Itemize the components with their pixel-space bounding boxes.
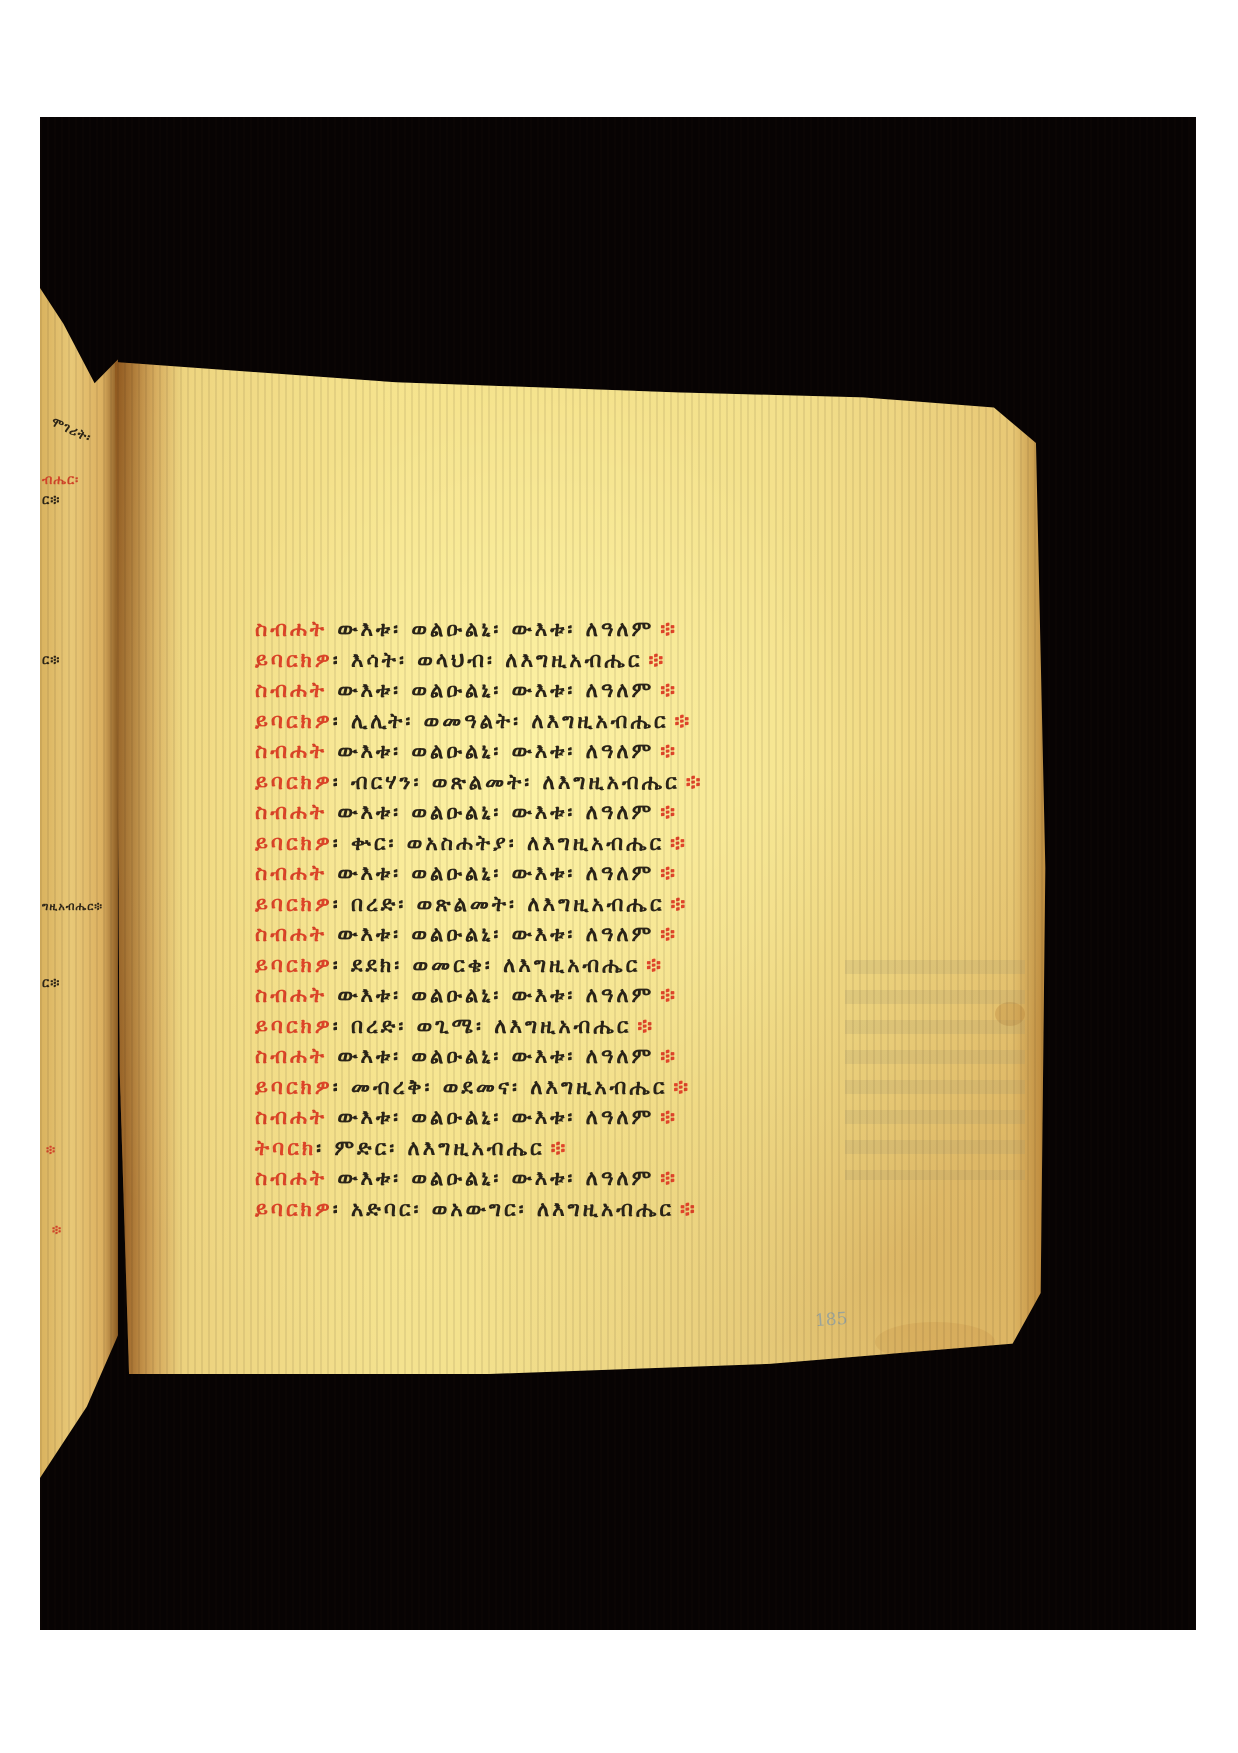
rubric: ይባርክዎ — [255, 1014, 333, 1038]
section-mark: ፨ — [670, 892, 688, 916]
section-mark: ፨ — [660, 922, 678, 946]
section-mark: ፨ — [648, 648, 666, 672]
text-line: ይባርክዎ፡ እሳት፡ ወላህብ፡ ለእግዚአብሔር፨ — [255, 645, 855, 676]
rubric: ይባርክዎ — [255, 1075, 333, 1099]
rubric: ስብሐት — [255, 1044, 327, 1068]
section-mark: ፨ — [686, 770, 704, 794]
text-line: ይባርክዎ፡ ሊሊት፡ ወመዓልት፡ ለእግዚአብሔር፨ — [255, 706, 855, 737]
show-through-text — [845, 960, 1025, 1180]
section-mark: ፨ — [673, 1075, 691, 1099]
left-page-fragment: ብሔር፡ — [42, 473, 79, 488]
section-mark: ፨ — [660, 1105, 678, 1129]
text-line: ስብሐት ውእቱ፡ ወልዑልኒ፡ ውእቱ፡ ለዓለም፨ — [255, 675, 855, 706]
text-line: ስብሐት ውእቱ፡ ወልዑልኒ፡ ውእቱ፡ ለዓለም፨ — [255, 614, 855, 645]
section-mark: ፨ — [660, 617, 678, 641]
folio-number: 185 — [814, 1309, 848, 1331]
section-mark: ፨ — [670, 831, 688, 855]
section-mark: ፨ — [660, 739, 678, 763]
section-mark: ፨ — [637, 1014, 655, 1038]
text-line: ስብሐት ውእቱ፡ ወልዑልኒ፡ ውእቱ፡ ለዓለም፨ — [255, 1041, 855, 1072]
rubric: ስብሐት — [255, 922, 327, 946]
left-page-fragment: ፨ — [46, 1143, 56, 1158]
section-mark: ፨ — [675, 709, 693, 733]
right-folio: ስብሐት ውእቱ፡ ወልዑልኒ፡ ውእቱ፡ ለዓለም፨ ይባርክዎ፡ እሳት፡ … — [115, 362, 1050, 1374]
section-mark: ፨ — [680, 1197, 698, 1221]
left-page-fragment: ር፨ — [42, 653, 60, 668]
rubric: ስብሐት — [255, 1166, 327, 1190]
section-mark: ፨ — [660, 1166, 678, 1190]
rubric: ይባርክዎ — [255, 770, 333, 794]
section-mark: ፨ — [660, 800, 678, 824]
left-page-fragment: ግዚአብሔር፨ — [42, 900, 103, 914]
rubric: ይባርክዎ — [255, 648, 333, 672]
text-line: ስብሐት ውእቱ፡ ወልዑልኒ፡ ውእቱ፡ ለዓለም፨ — [255, 797, 855, 828]
text-line: ስብሐት ውእቱ፡ ወልዑልኒ፡ ውእቱ፡ ለዓለም፨ — [255, 1163, 855, 1194]
rubric: ይባርክዎ — [255, 1197, 333, 1221]
text-line: ስብሐት ውእቱ፡ ወልዑልኒ፡ ውእቱ፡ ለዓለም፨ — [255, 1102, 855, 1133]
text-line: ይባርክዎ፡ ብርሃን፡ ወጽልመት፡ ለእግዚአብሔር፨ — [255, 767, 855, 798]
text-line: ትባርክ፡ ምድር፡ ለእግዚአብሔር፨ — [255, 1133, 855, 1164]
left-page-fragment: ር፨ — [42, 493, 60, 508]
rubric: ይባርክዎ — [255, 953, 333, 977]
section-mark: ፨ — [660, 1044, 678, 1068]
stain — [875, 1322, 995, 1362]
rubric: ይባርክዎ — [255, 709, 333, 733]
rubric: ስብሐት — [255, 739, 327, 763]
rubric: ስብሐት — [255, 617, 327, 641]
text-line: ይባርክዎ፡ በረድ፡ ወጊሜ፡ ለእግዚአብሔር፨ — [255, 1011, 855, 1042]
text-line: ስብሐት ውእቱ፡ ወልዑልኒ፡ ውእቱ፡ ለዓለም፨ — [255, 736, 855, 767]
rubric: ይባርክዎ — [255, 892, 333, 916]
text-line: ስብሐት ውእቱ፡ ወልዑልኒ፡ ውእቱ፡ ለዓለም፨ — [255, 919, 855, 950]
text-line: ስብሐት ውእቱ፡ ወልዑልኒ፡ ውእቱ፡ ለዓለም፨ — [255, 858, 855, 889]
section-mark: ፨ — [646, 953, 664, 977]
left-page-fragment: ፨ — [52, 1223, 62, 1238]
rubric: ትባርክ — [255, 1136, 316, 1160]
rubric: ስብሐት — [255, 861, 327, 885]
left-page-fragment: ር፨ — [42, 976, 60, 991]
section-mark: ፨ — [660, 983, 678, 1007]
section-mark: ፨ — [551, 1136, 569, 1160]
text-line: ይባርክዎ፡ መብረቅ፡ ወደመና፡ ለእግዚአብሔር፨ — [255, 1072, 855, 1103]
rubric: ስብሐት — [255, 1105, 327, 1129]
left-page: ሞገሪት፡ ብሔር፡ ር፨ ር፨ ግዚአብሔር፨ ር፨ ፨ ፨ — [40, 288, 118, 1478]
section-mark: ፨ — [660, 861, 678, 885]
section-mark: ፨ — [660, 678, 678, 702]
rubric: ስብሐት — [255, 678, 327, 702]
rubric: ስብሐት — [255, 983, 327, 1007]
text-line: ይባርክዎ፡ አድባር፡ ወአውግር፡ ለእግዚአብሔር፨ — [255, 1194, 855, 1225]
text-line: ስብሐት ውእቱ፡ ወልዑልኒ፡ ውእቱ፡ ለዓለም፨ — [255, 980, 855, 1011]
left-page-fragment: ሞገሪት፡ — [49, 415, 94, 446]
text-line: ይባርክዎ፡ ደደክ፡ ወመርቄ፡ ለእግዚአብሔር፨ — [255, 950, 855, 981]
text-block: ስብሐት ውእቱ፡ ወልዑልኒ፡ ውእቱ፡ ለዓለም፨ ይባርክዎ፡ እሳት፡ … — [255, 614, 855, 1224]
text-line: ይባርክዎ፡ ቍር፡ ወአስሐትያ፡ ለእግዚአብሔር፨ — [255, 828, 855, 859]
text-line: ይባርክዎ፡ በረድ፡ ወጽልመት፡ ለእግዚአብሔር፨ — [255, 889, 855, 920]
rubric: ስብሐት — [255, 800, 327, 824]
rubric: ይባርክዎ — [255, 831, 333, 855]
manuscript-photo: ሞገሪት፡ ብሔር፡ ር፨ ር፨ ግዚአብሔር፨ ር፨ ፨ ፨ ስብሐት ውእቱ… — [40, 117, 1196, 1630]
